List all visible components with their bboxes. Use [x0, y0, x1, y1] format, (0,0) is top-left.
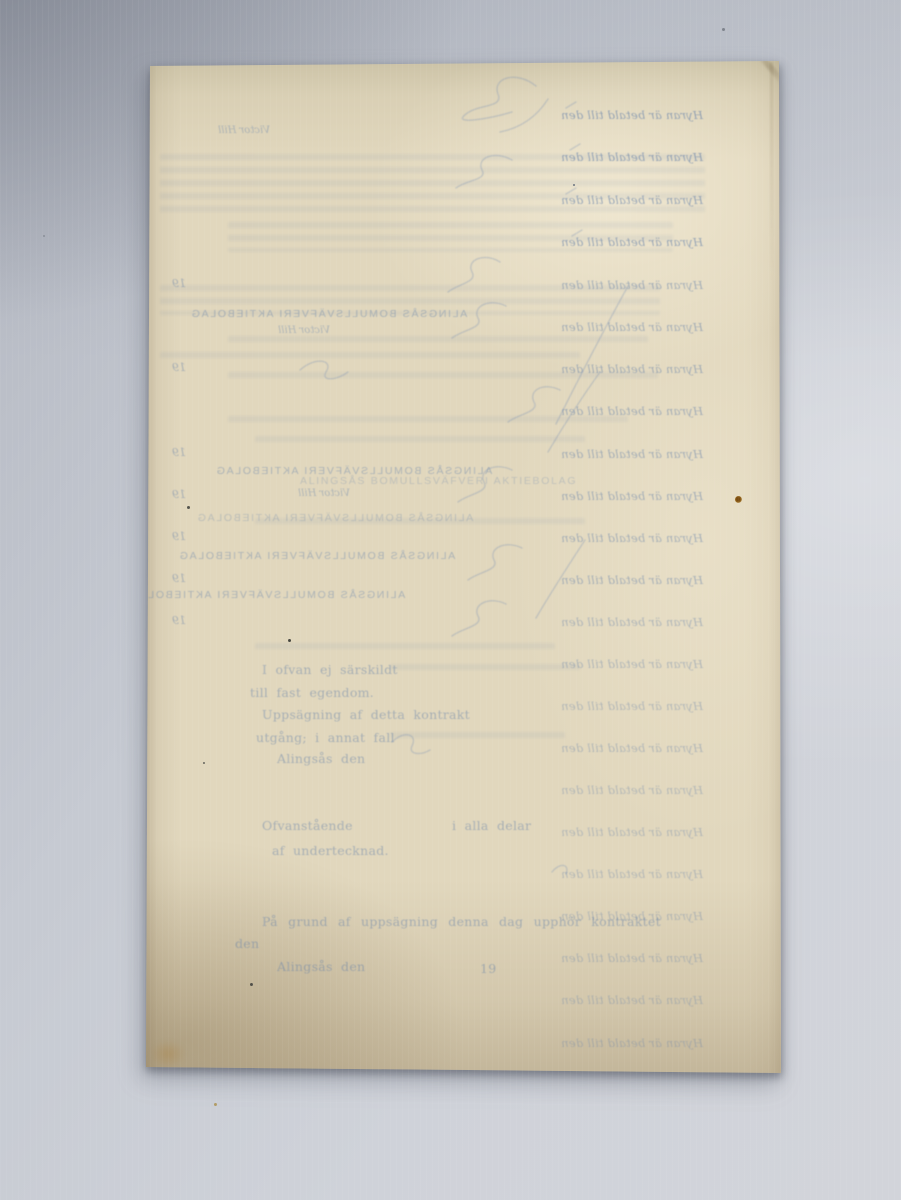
- paper-crease: [770, 62, 773, 282]
- photograph-background: Hyran är betald till den Hyran är betald…: [0, 0, 901, 1200]
- dust-speck: [203, 762, 205, 764]
- stain-mark: [150, 1040, 186, 1068]
- dust-speck: [288, 639, 291, 642]
- ghost-handwriting: [0, 0, 901, 1200]
- dust-speck: [573, 184, 575, 186]
- dust-speck: [250, 983, 253, 986]
- paper-sheet: Hyran är betald till den Hyran är betald…: [0, 0, 901, 1200]
- dust-speck: [187, 506, 190, 509]
- paper-shadow-wrap: Hyran är betald till den Hyran är betald…: [0, 0, 901, 1200]
- foxing-spot: [735, 496, 742, 503]
